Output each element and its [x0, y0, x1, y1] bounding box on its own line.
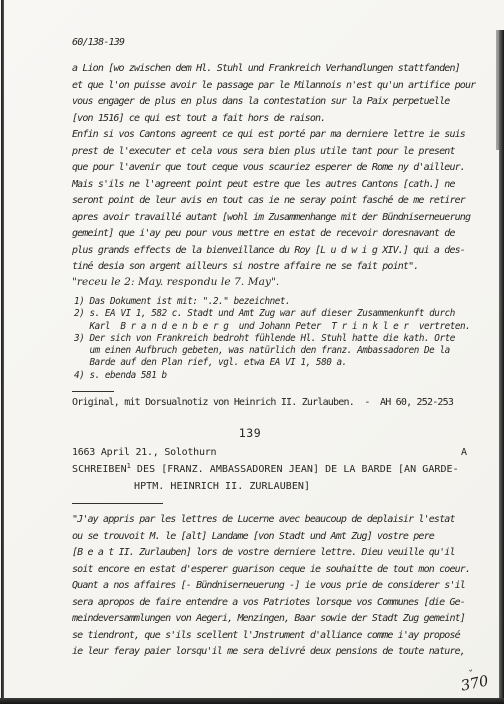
- text-line: Mais s'ils ne l'agreent point peut estre…: [72, 177, 475, 194]
- text-line: sera apropos de faire entendre a vos Pat…: [72, 595, 470, 612]
- text-line: vous engager de plus en plus dans la con…: [72, 94, 475, 111]
- document-number: 139: [72, 426, 428, 440]
- document-dateline: 1663 April 21., Solothurn A: [72, 447, 467, 458]
- scan-edge-right: [499, 30, 504, 704]
- text-line: 4) s. ebenda 581 b: [74, 370, 470, 382]
- text-line: se tiendront, que s'ils scellent l'Jnstr…: [72, 628, 470, 645]
- archive-reference: 60/138-139: [72, 37, 124, 48]
- text-line: ie leur feray paier lorsqu'il me sera de…: [72, 644, 470, 661]
- handwritten-number-text: 370: [460, 673, 490, 694]
- document-heading-line2: HPTM. HEINRICH II. ZURLAUBEN]: [134, 481, 310, 492]
- text-line: a Lion [wo zwischen dem Hl. Stuhl und Fr…: [72, 61, 475, 78]
- text-line: que pour l'avenir que tout ceque vous sc…: [72, 160, 475, 177]
- text-line: soit encore en estat d'esperer guarison …: [72, 562, 470, 579]
- provenance-line: Original, mit Dorsualnotiz von Heinrich …: [72, 397, 453, 408]
- letter-body-paragraph-1: a Lion [wo zwischen dem Hl. Stuhl und Fr…: [72, 61, 475, 276]
- text-line: et que l'on puisse avoir le passage par …: [72, 78, 475, 95]
- text-line: meindeversammlungen von Aegeri, Menzinge…: [72, 611, 470, 628]
- text-line: 3) Der sich von Frankreich bedroht fühle…: [74, 333, 470, 345]
- text-line: seront point de leur avis en tout cas ie…: [72, 193, 475, 210]
- text-line: "J'ay appris par les lettres de Lucerne …: [72, 512, 470, 529]
- receipt-note: "receu le 2: May. respondu le 7. May".: [72, 276, 279, 288]
- separator-rule-heading: [72, 503, 163, 504]
- document-letter-mark: A: [461, 447, 467, 458]
- separator-rule-provenance: [72, 391, 114, 392]
- text-line: ou se trouvoit M. le [alt] Landame [von …: [72, 529, 470, 546]
- text-line: Barde auf den Plan rief, vgl. etwa EA VI…: [74, 357, 470, 369]
- heading-rest: DES [FRANZ. AMBASSADOREN JEAN] DE LA BAR…: [131, 464, 459, 475]
- scanned-document-page: 60/138-139 a Lion [wo zwischen dem Hl. S…: [0, 0, 504, 704]
- text-line: 1) Das Dokument ist mit: ".2." bezeichne…: [74, 296, 470, 308]
- scan-edge-bottom: [0, 698, 504, 704]
- text-line: Enfin si vos Cantons agreent ce qui est …: [72, 127, 475, 144]
- text-line: Quant a nos affaires [- Bündniserneuerun…: [72, 578, 470, 595]
- text-line: gemeint] que i'ay peu pour vous mettre e…: [72, 226, 475, 243]
- footnotes-block: 1) Das Dokument ist mit: ".2." bezeichne…: [74, 296, 470, 382]
- document-date-place: 1663 April 21., Solothurn: [72, 447, 216, 458]
- text-line: [von 1516] ce qui est tout a fait hors d…: [72, 111, 475, 128]
- text-line: tiné desia son argent ailleurs si nostre…: [72, 259, 475, 276]
- text-line: plus grands effects de la bienveillance …: [72, 243, 475, 260]
- text-line: 2) s. EA VI 1, 582 c. Stadt und Amt Zug …: [74, 308, 470, 320]
- text-line: apres avoir travaillé autant [wohl im Zu…: [72, 210, 475, 227]
- heading-word: SCHREIBEN: [72, 464, 127, 475]
- text-line: prest de l'executer et cela vous sera bi…: [72, 144, 475, 161]
- handwritten-check-mark: ˇ: [468, 669, 475, 681]
- letter-body-paragraph-2: "J'ay appris par les lettres de Lucerne …: [72, 512, 470, 661]
- text-line: Karl B r a n d e n b e r g und Johann Pe…: [74, 321, 470, 333]
- text-line: [B e a t II. Zurlauben] lors de vostre d…: [72, 545, 470, 562]
- document-heading-line1: SCHREIBEN1 DES [FRANZ. AMBASSADOREN JEAN…: [72, 464, 459, 475]
- text-line: um einen Aufbruch gebeten, was natürlich…: [74, 345, 470, 357]
- scan-edge-left: [1, 0, 4, 704]
- handwritten-page-number: ˇ370: [460, 673, 490, 694]
